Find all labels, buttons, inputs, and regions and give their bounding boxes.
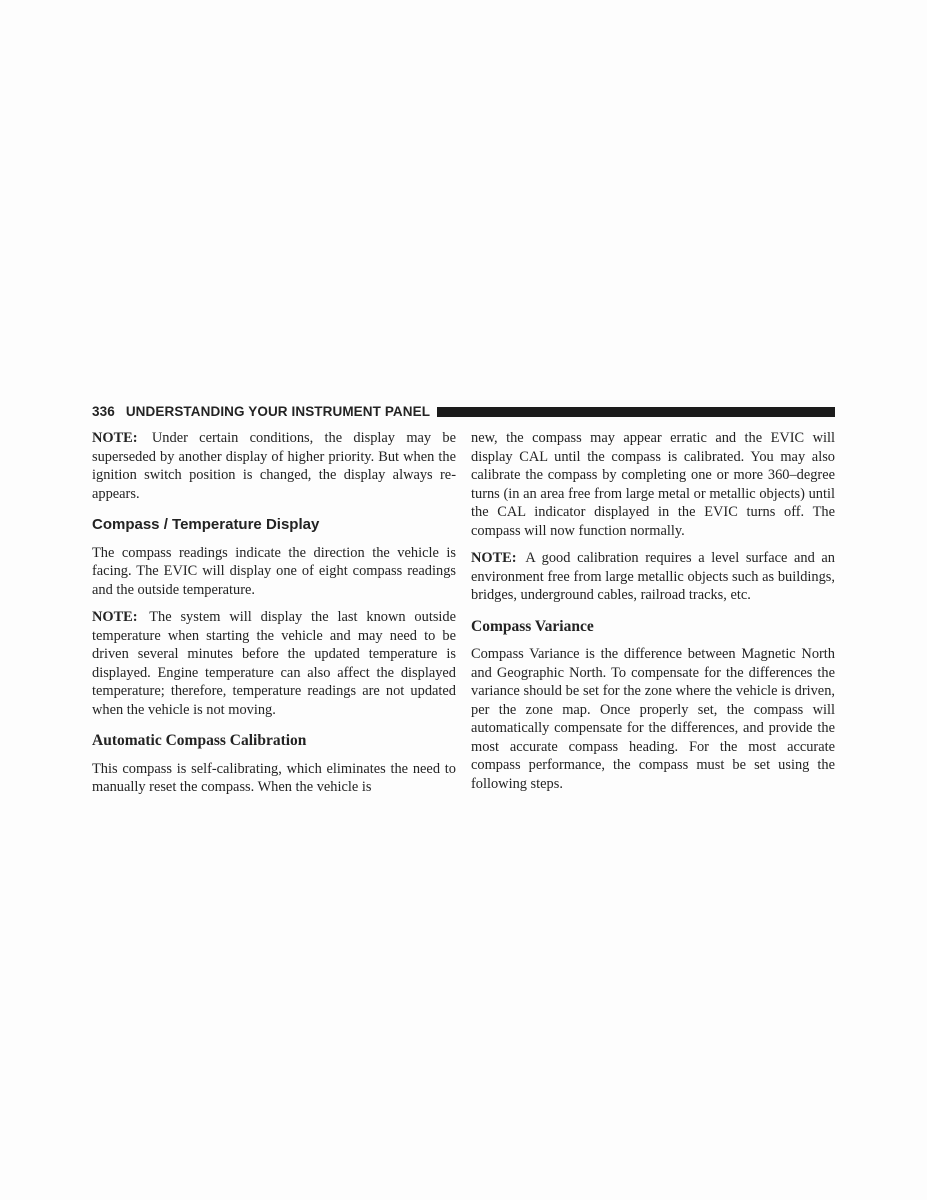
note-label: NOTE: <box>471 550 520 566</box>
body-paragraph: The compass readings indicate the direct… <box>92 544 456 600</box>
note-text: The system will display the last known o… <box>92 609 456 718</box>
page-number: 336 <box>92 404 115 419</box>
page-content: 336 UNDERSTANDING YOUR INSTRUMENT PANEL … <box>92 404 835 806</box>
note-text: A good calibration requires a level surf… <box>471 550 835 603</box>
section-heading-compass-temperature-display: Compass / Temperature Display <box>92 516 456 535</box>
page-header: 336 UNDERSTANDING YOUR INSTRUMENT PANEL <box>92 404 835 419</box>
right-column: new, the compass may appear erratic and … <box>471 429 835 806</box>
header-rule-bar <box>437 407 835 417</box>
two-column-layout: NOTE: Under certain conditions, the disp… <box>92 429 835 806</box>
sub-heading-compass-variance: Compass Variance <box>471 618 835 637</box>
note-text: Under certain conditions, the display ma… <box>92 430 456 502</box>
left-column: NOTE: Under certain conditions, the disp… <box>92 429 456 806</box>
note-label: NOTE: <box>92 430 141 446</box>
note-label: NOTE: <box>92 609 141 625</box>
body-paragraph: new, the compass may appear erratic and … <box>471 429 835 540</box>
note-paragraph: NOTE: Under certain conditions, the disp… <box>92 429 456 503</box>
sub-heading-automatic-compass-calibration: Automatic Compass Calibration <box>92 732 456 751</box>
page-header-title: UNDERSTANDING YOUR INSTRUMENT PANEL <box>126 404 430 419</box>
note-paragraph: NOTE: The system will display the last k… <box>92 608 456 719</box>
body-paragraph: This compass is self-calibrating, which … <box>92 760 456 797</box>
note-paragraph: NOTE: A good calibration requires a leve… <box>471 549 835 605</box>
manual-page: 336 UNDERSTANDING YOUR INSTRUMENT PANEL … <box>0 0 927 1200</box>
body-paragraph: Compass Variance is the difference betwe… <box>471 645 835 793</box>
